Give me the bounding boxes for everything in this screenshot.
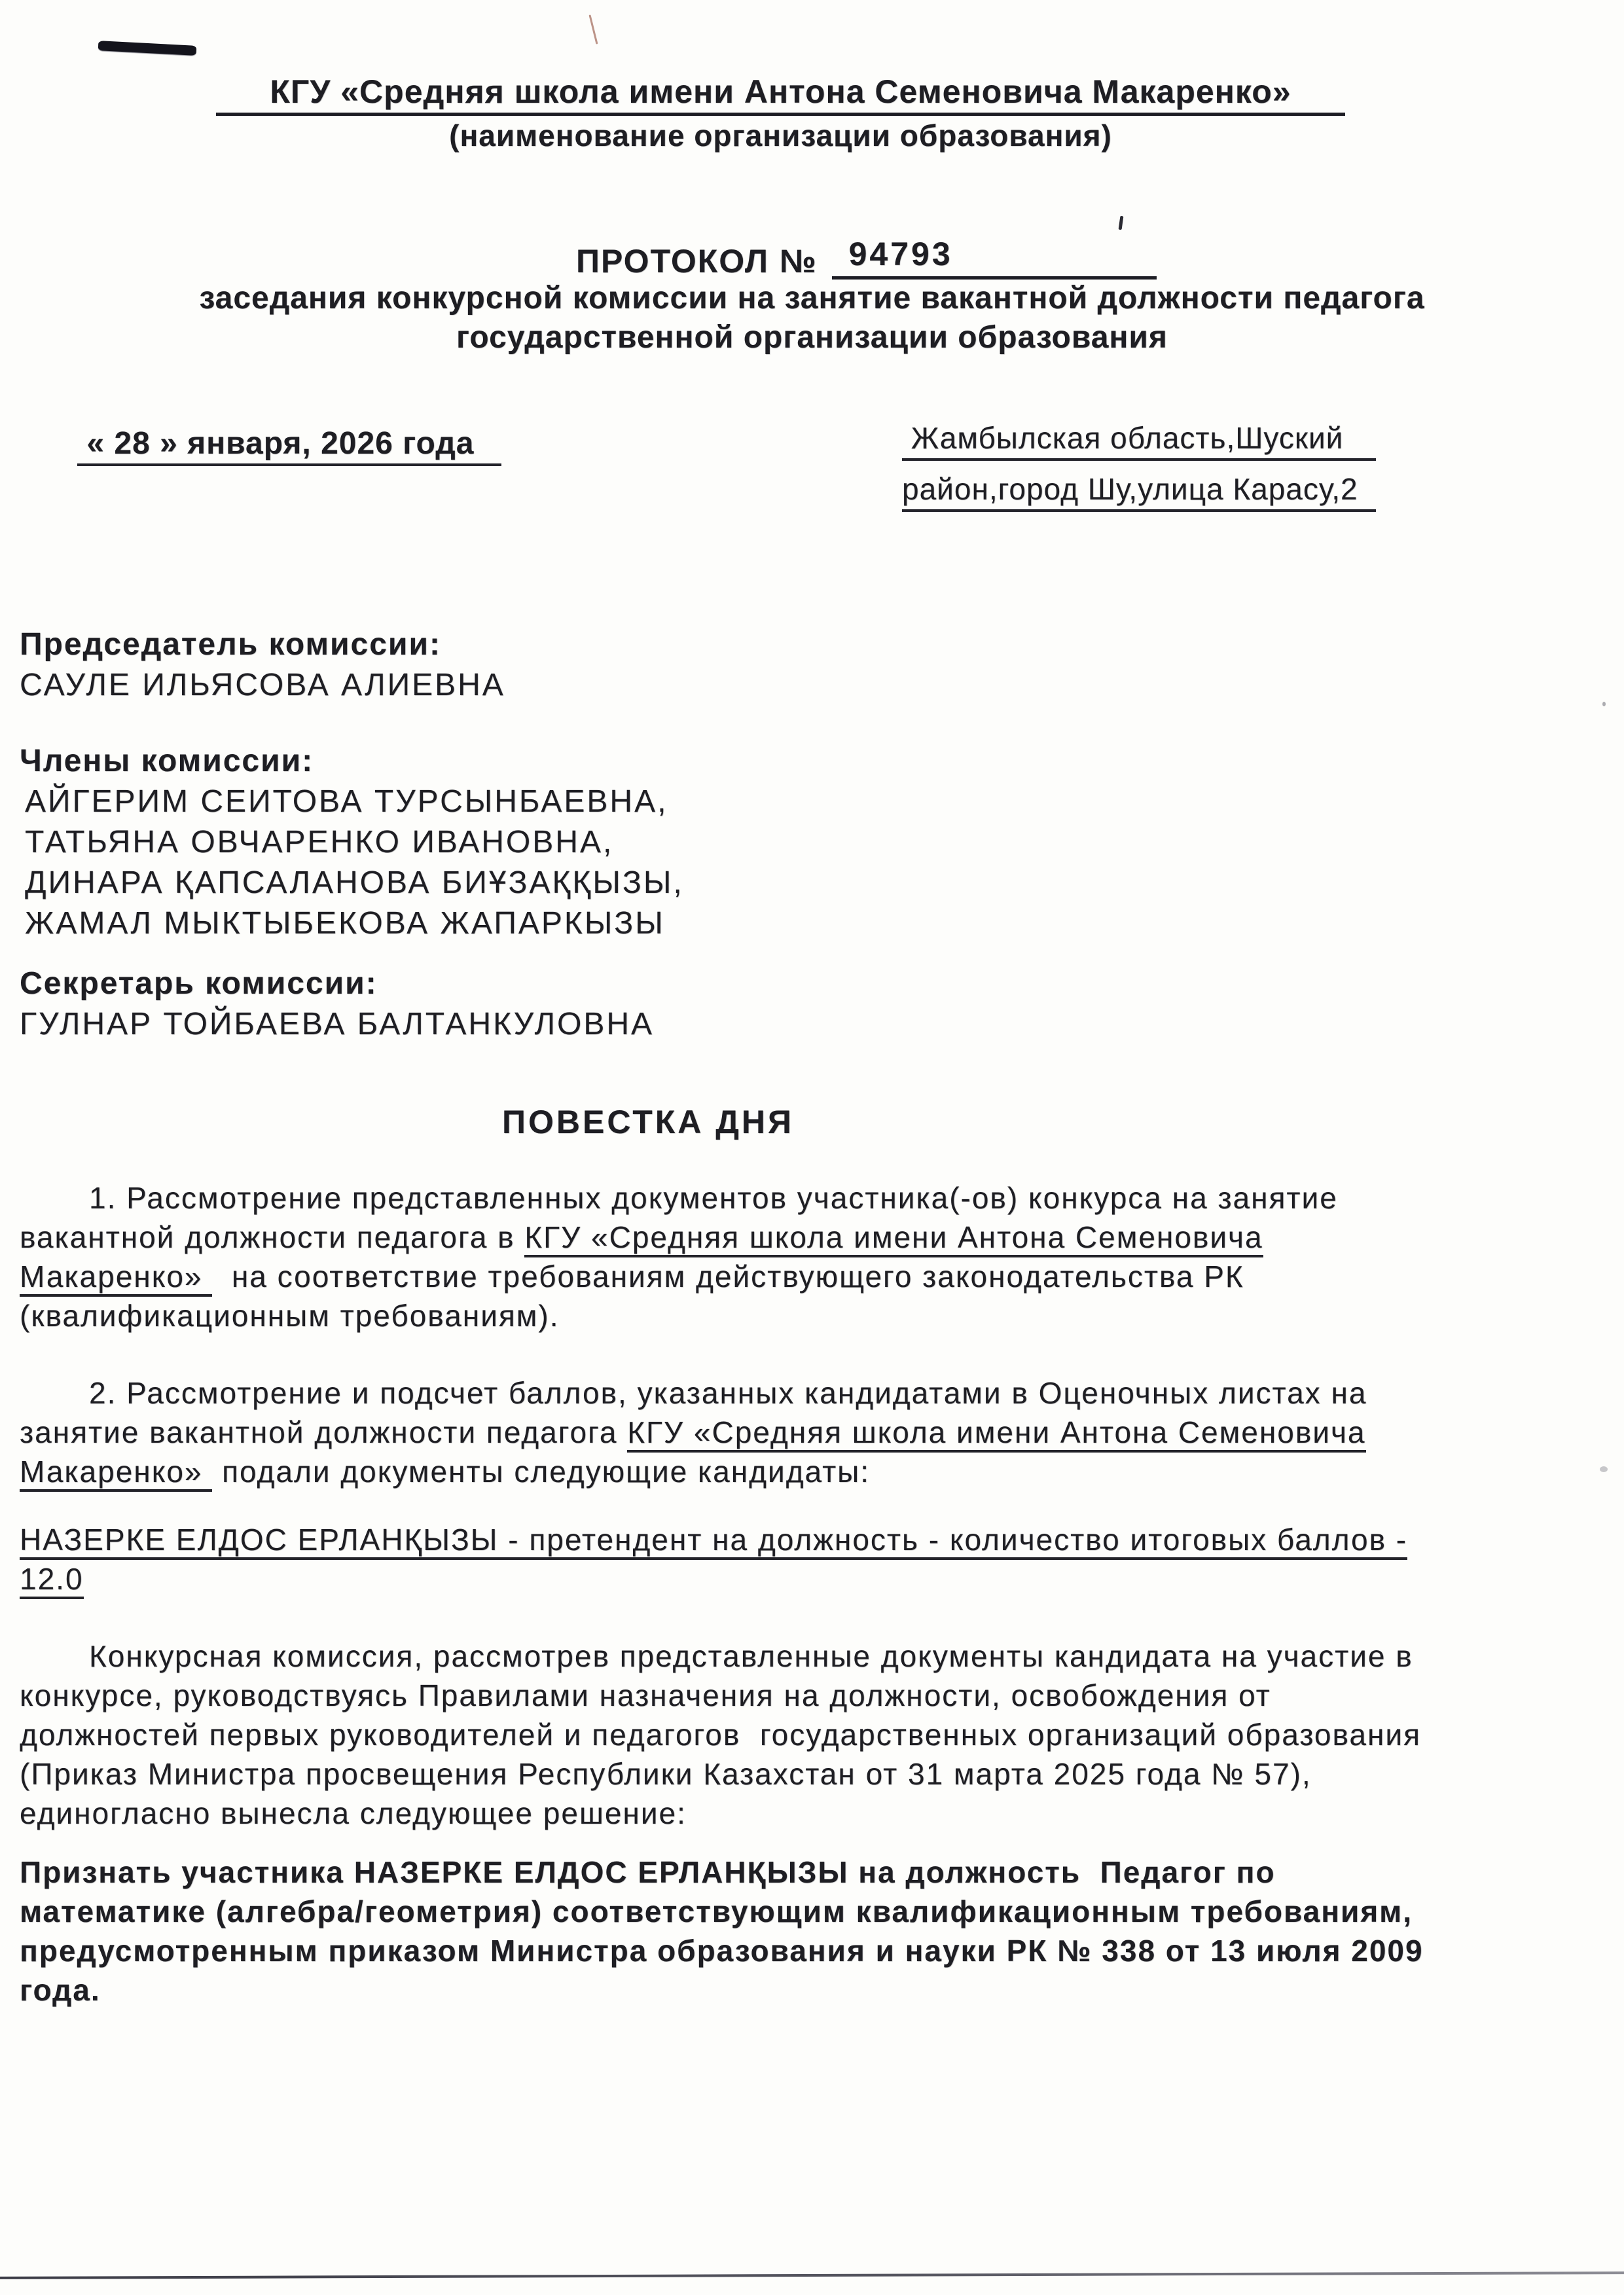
text-line: предусмотренным приказом Министра образо…: [20, 1931, 1424, 1970]
text-line: НАЗЕРКЕ ЕЛДОС ЕРЛАНҚЫЗЫ - претендент на …: [20, 1520, 1407, 1559]
scan-hair-artifact: [588, 14, 598, 44]
location-line1: Жамбылская область,Шуский: [902, 420, 1376, 461]
chair-label: Председатель комиссии:: [20, 627, 441, 662]
location-line2: район,город Шу,улица Карасу,2: [902, 471, 1376, 512]
agenda-item-1: 1. Рассмотрение представленных документо…: [20, 1178, 1338, 1335]
text-line: Макаренко» подали документы следующие ка…: [20, 1452, 1367, 1491]
protocol-location: Жамбылская область,Шуский район,город Шу…: [902, 420, 1376, 522]
ink-tick-mark: [1119, 216, 1124, 230]
secretary-label: Секретарь комиссии:: [20, 966, 378, 1002]
text-line: конкурсе, руководствуясь Правилами назна…: [20, 1676, 1421, 1715]
members-label: Члены комиссии:: [20, 744, 314, 779]
text-line: (квалификационным требованиям).: [20, 1296, 1338, 1335]
agenda-heading: ПОВЕСТКА ДНЯ: [0, 1104, 1296, 1140]
chair-name: САУЛЕ ИЛЬЯСОВА АЛИЕВНА: [20, 668, 505, 703]
scanned-protocol-document: { "colors": { "ink": "#1e1e23", "underli…: [0, 0, 1624, 2295]
text-line: вакантной должности педагога в КГУ «Сред…: [20, 1218, 1338, 1257]
protocol-subtitle-line1: заседания конкурсной комиссии на занятие…: [0, 280, 1624, 317]
member-name: АЙГЕРИМ СЕИТОВА ТУРСЫНБАЕВНА,: [25, 784, 668, 820]
text-line: (Приказ Министра просвещения Республики …: [20, 1754, 1421, 1794]
organization-name: КГУ «Средняя школа имени Антона Семенови…: [216, 73, 1345, 116]
agenda-item-2: 2. Рассмотрение и подсчет баллов, указан…: [20, 1373, 1367, 1491]
text-line: Признать участника НАЗЕРКЕ ЕЛДОС ЕРЛАНҚЫ…: [20, 1852, 1424, 1892]
organization-name-caption: (наименование организации образования): [216, 118, 1345, 153]
text-line: 12.0: [20, 1559, 1407, 1599]
scan-speck: [1600, 1466, 1608, 1472]
decision-paragraph: Конкурсная комиссия, рассмотрев представ…: [20, 1636, 1421, 1833]
scan-speck: [1602, 702, 1606, 706]
member-name: ДИНАРА ҚАПСАЛАНОВА БИҰЗАҚҚЫЗЫ,: [25, 865, 684, 901]
member-name: ТАТЬЯНА ОВЧАРЕНКО ИВАНОВНА,: [25, 825, 613, 860]
text-line: 1. Рассмотрение представленных документо…: [20, 1178, 1338, 1218]
text-line: Конкурсная комиссия, рассмотрев представ…: [20, 1636, 1421, 1676]
protocol-date: « 28 » января, 2026 года: [77, 427, 501, 466]
text-line: года.: [20, 1970, 1424, 2010]
protocol-label: ПРОТОКОЛ №: [576, 243, 818, 280]
text-line: занятие вакантной должности педагога КГУ…: [20, 1413, 1367, 1452]
resolution-paragraph: Признать участника НАЗЕРКЕ ЕЛДОС ЕРЛАНҚЫ…: [20, 1852, 1424, 2010]
text-line: 2. Рассмотрение и подсчет баллов, указан…: [20, 1373, 1367, 1413]
protocol-title: ПРОТОКОЛ № 94793: [576, 236, 1157, 280]
text-line: математике (алгебра/геометрия) соответст…: [20, 1892, 1424, 1931]
text-line: единогласно вынесла следующее решение:: [20, 1794, 1421, 1833]
protocol-number: 94793: [832, 236, 1157, 280]
text-line: Макаренко» на соответствие требованиям д…: [20, 1257, 1338, 1296]
scan-edge-line: [0, 2271, 1624, 2279]
text-line: должностей первых руководителей и педаго…: [20, 1715, 1421, 1754]
protocol-subtitle-line2: государственной организации образования: [0, 319, 1624, 356]
member-name: ЖАМАЛ МЫКТЫБЕКОВА ЖАПАРКЫЗЫ: [25, 906, 665, 941]
pen-stroke-mark: [98, 41, 197, 56]
secretary-name: ГУЛНАР ТОЙБАЕВА БАЛТАНКУЛОВНА: [20, 1007, 654, 1042]
candidate-result-line: НАЗЕРКЕ ЕЛДОС ЕРЛАНҚЫЗЫ - претендент на …: [20, 1520, 1407, 1599]
